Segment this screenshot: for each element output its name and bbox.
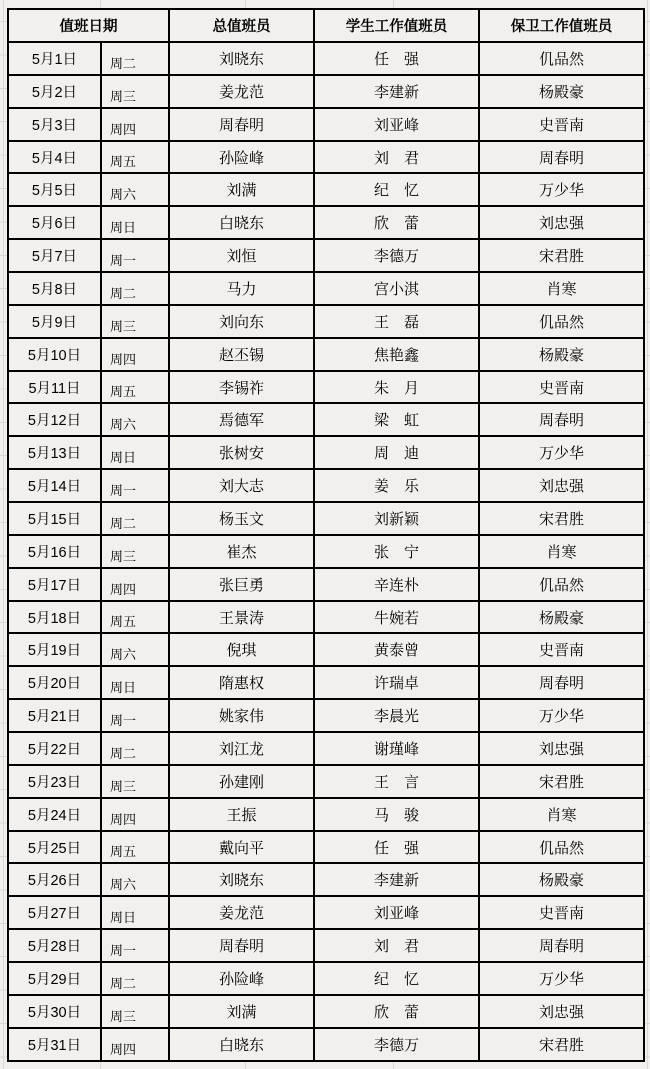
student-duty-cell[interactable]: 李建新	[315, 76, 480, 109]
general-duty-cell[interactable]: 白晓东	[170, 207, 315, 240]
security-duty-cell[interactable]: 刘忠强	[480, 996, 645, 1029]
date-cell[interactable]: 5月5日	[9, 174, 102, 207]
weekday-cell[interactable]: 周五	[102, 372, 170, 405]
date-cell[interactable]: 5月7日	[9, 240, 102, 273]
general-duty-cell[interactable]: 周春明	[170, 109, 315, 142]
weekday-cell[interactable]: 周二	[102, 733, 170, 766]
student-duty-cell[interactable]: 许瑞卓	[315, 667, 480, 700]
weekday-cell[interactable]: 周三	[102, 536, 170, 569]
date-cell[interactable]: 5月27日	[9, 897, 102, 930]
weekday-cell[interactable]: 周一	[102, 930, 170, 963]
student-duty-cell[interactable]: 张 宁	[315, 536, 480, 569]
general-duty-cell[interactable]: 刘向东	[170, 306, 315, 339]
general-duty-cell[interactable]: 姜龙范	[170, 897, 315, 930]
table-row: 5月6日周日白晓东欣 蕾刘忠强	[9, 207, 645, 240]
student-duty-cell[interactable]: 姜 乐	[315, 470, 480, 503]
security-duty-cell[interactable]: 肖寒	[480, 799, 645, 832]
student-duty-cell[interactable]: 谢瑾峰	[315, 733, 480, 766]
table-row: 5月4日周五孙险峰刘 君周春明	[9, 142, 645, 175]
table-row: 5月26日周六刘晓东李建新杨殿豪	[9, 864, 645, 897]
security-duty-cell[interactable]: 周春明	[480, 667, 645, 700]
security-duty-cell[interactable]: 仉品然	[480, 43, 645, 76]
security-duty-cell[interactable]: 史晋南	[480, 109, 645, 142]
student-duty-cell[interactable]: 王 磊	[315, 306, 480, 339]
security-duty-cell[interactable]: 肖寒	[480, 536, 645, 569]
general-duty-cell[interactable]: 刘大志	[170, 470, 315, 503]
weekday-cell[interactable]: 周二	[102, 273, 170, 306]
general-duty-cell[interactable]: 李锡祚	[170, 372, 315, 405]
student-duty-cell[interactable]: 李德万	[315, 1029, 480, 1062]
student-duty-cell[interactable]: 朱 月	[315, 372, 480, 405]
table-row: 5月25日周五戴向平任 强仉品然	[9, 832, 645, 865]
security-duty-cell[interactable]: 宋君胜	[480, 1029, 645, 1062]
date-cell[interactable]: 5月9日	[9, 306, 102, 339]
security-duty-cell[interactable]: 杨殿豪	[480, 602, 645, 635]
weekday-cell[interactable]: 周日	[102, 667, 170, 700]
security-duty-cell[interactable]: 肖寒	[480, 273, 645, 306]
weekday-cell[interactable]: 周六	[102, 864, 170, 897]
table-row: 5月27日周日姜龙范刘亚峰史晋南	[9, 897, 645, 930]
table-row: 5月14日周一刘大志姜 乐刘忠强	[9, 470, 645, 503]
general-duty-cell[interactable]: 姚家伟	[170, 700, 315, 733]
weekday-cell[interactable]: 周六	[102, 404, 170, 437]
security-duty-cell[interactable]: 刘忠强	[480, 207, 645, 240]
security-duty-cell[interactable]: 杨殿豪	[480, 864, 645, 897]
student-duty-cell[interactable]: 王 言	[315, 766, 480, 799]
date-cell[interactable]: 5月19日	[9, 634, 102, 667]
table-row: 5月24日周四王振马 骏肖寒	[9, 799, 645, 832]
general-duty-cell[interactable]: 戴向平	[170, 832, 315, 865]
security-duty-cell[interactable]: 宋君胜	[480, 240, 645, 273]
student-duty-cell[interactable]: 宫小淇	[315, 273, 480, 306]
date-cell[interactable]: 5月21日	[9, 700, 102, 733]
table-row: 5月2日周三姜龙范李建新杨殿豪	[9, 76, 645, 109]
weekday-cell[interactable]: 周四	[102, 1029, 170, 1062]
general-duty-cell[interactable]: 崔杰	[170, 536, 315, 569]
table-row: 5月15日周二杨玉文刘新颖宋君胜	[9, 503, 645, 536]
table-row: 5月28日周一周春明刘 君周春明	[9, 930, 645, 963]
weekday-cell[interactable]: 周四	[102, 109, 170, 142]
weekday-cell[interactable]: 周一	[102, 240, 170, 273]
general-duty-cell[interactable]: 杨玉文	[170, 503, 315, 536]
date-cell[interactable]: 5月1日	[9, 43, 102, 76]
security-duty-cell[interactable]: 杨殿豪	[480, 76, 645, 109]
general-duty-cell[interactable]: 焉德军	[170, 404, 315, 437]
date-cell[interactable]: 5月22日	[9, 733, 102, 766]
duty-roster-table: 值班日期 总值班员 学生工作值班员 保卫工作值班员 5月1日周二刘晓东任 强仉品…	[7, 8, 645, 1062]
table-row: 5月18日周五王景涛牛婉若杨殿豪	[9, 602, 645, 635]
student-duty-cell[interactable]: 梁 虹	[315, 404, 480, 437]
table-row: 5月13日周日张树安周 迪万少华	[9, 437, 645, 470]
table-row: 5月9日周三刘向东王 磊仉品然	[9, 306, 645, 339]
date-cell[interactable]: 5月30日	[9, 996, 102, 1029]
general-duty-cell[interactable]: 周春明	[170, 930, 315, 963]
security-duty-cell[interactable]: 史晋南	[480, 372, 645, 405]
date-cell[interactable]: 5月20日	[9, 667, 102, 700]
general-duty-cell[interactable]: 孙险峰	[170, 963, 315, 996]
student-duty-cell[interactable]: 刘 君	[315, 142, 480, 175]
security-duty-cell[interactable]: 仉品然	[480, 832, 645, 865]
student-duty-cell[interactable]: 刘新颖	[315, 503, 480, 536]
security-duty-cell[interactable]: 周春明	[480, 404, 645, 437]
date-cell[interactable]: 5月4日	[9, 142, 102, 175]
student-duty-cell[interactable]: 欣 蕾	[315, 207, 480, 240]
table-row: 5月16日周三崔杰张 宁肖寒	[9, 536, 645, 569]
date-cell[interactable]: 5月16日	[9, 536, 102, 569]
date-cell[interactable]: 5月13日	[9, 437, 102, 470]
table-row: 5月1日周二刘晓东任 强仉品然	[9, 43, 645, 76]
date-cell[interactable]: 5月17日	[9, 569, 102, 602]
table-row: 5月19日周六倪琪黄泰曾史晋南	[9, 634, 645, 667]
general-duty-cell[interactable]: 王景涛	[170, 602, 315, 635]
weekday-cell[interactable]: 周四	[102, 569, 170, 602]
date-cell[interactable]: 5月26日	[9, 864, 102, 897]
security-duty-cell[interactable]: 周春明	[480, 142, 645, 175]
student-duty-cell[interactable]: 牛婉若	[315, 602, 480, 635]
weekday-cell[interactable]: 周六	[102, 174, 170, 207]
table-row: 5月11日周五李锡祚朱 月史晋南	[9, 372, 645, 405]
header-security-duty[interactable]: 保卫工作值班员	[480, 10, 645, 43]
student-duty-cell[interactable]: 周 迪	[315, 437, 480, 470]
student-duty-cell[interactable]: 李晨光	[315, 700, 480, 733]
weekday-cell[interactable]: 周五	[102, 602, 170, 635]
date-cell[interactable]: 5月10日	[9, 339, 102, 372]
weekday-cell[interactable]: 周三	[102, 766, 170, 799]
weekday-cell[interactable]: 周日	[102, 207, 170, 240]
student-duty-cell[interactable]: 辛连朴	[315, 569, 480, 602]
student-duty-cell[interactable]: 纪 忆	[315, 963, 480, 996]
table-row: 5月7日周一刘恒李德万宋君胜	[9, 240, 645, 273]
table-row: 5月21日周一姚家伟李晨光万少华	[9, 700, 645, 733]
date-cell[interactable]: 5月18日	[9, 602, 102, 635]
weekday-cell[interactable]: 周日	[102, 897, 170, 930]
weekday-cell[interactable]: 周三	[102, 76, 170, 109]
general-duty-cell[interactable]: 刘江龙	[170, 733, 315, 766]
date-cell[interactable]: 5月14日	[9, 470, 102, 503]
security-duty-cell[interactable]: 宋君胜	[480, 766, 645, 799]
table-row: 5月8日周二马力宫小淇肖寒	[9, 273, 645, 306]
table-row: 5月22日周二刘江龙谢瑾峰刘忠强	[9, 733, 645, 766]
general-duty-cell[interactable]: 张巨勇	[170, 569, 315, 602]
general-duty-cell[interactable]: 倪琪	[170, 634, 315, 667]
security-duty-cell[interactable]: 刘忠强	[480, 733, 645, 766]
weekday-cell[interactable]: 周三	[102, 996, 170, 1029]
security-duty-cell[interactable]: 周春明	[480, 930, 645, 963]
security-duty-cell[interactable]: 史晋南	[480, 897, 645, 930]
general-duty-cell[interactable]: 刘满	[170, 174, 315, 207]
weekday-cell[interactable]: 周五	[102, 832, 170, 865]
table-row: 5月20日周日隋惠权许瑞卓周春明	[9, 667, 645, 700]
table-row: 5月10日周四赵丕锡焦艳鑫杨殿豪	[9, 339, 645, 372]
table-row: 5月30日周三刘满欣 蕾刘忠强	[9, 996, 645, 1029]
spreadsheet-page: 值班日期 总值班员 学生工作值班员 保卫工作值班员 5月1日周二刘晓东任 强仉品…	[0, 0, 650, 1069]
security-duty-cell[interactable]: 万少华	[480, 174, 645, 207]
student-duty-cell[interactable]: 刘亚峰	[315, 897, 480, 930]
general-duty-cell[interactable]: 刘晓东	[170, 864, 315, 897]
weekday-cell[interactable]: 周二	[102, 963, 170, 996]
date-cell[interactable]: 5月11日	[9, 372, 102, 405]
date-cell[interactable]: 5月31日	[9, 1029, 102, 1062]
security-duty-cell[interactable]: 万少华	[480, 437, 645, 470]
general-duty-cell[interactable]: 白晓东	[170, 1029, 315, 1062]
date-cell[interactable]: 5月12日	[9, 404, 102, 437]
date-cell[interactable]: 5月28日	[9, 930, 102, 963]
date-cell[interactable]: 5月6日	[9, 207, 102, 240]
general-duty-cell[interactable]: 隋惠权	[170, 667, 315, 700]
student-duty-cell[interactable]: 马 骏	[315, 799, 480, 832]
header-duty-date[interactable]: 值班日期	[9, 10, 170, 43]
general-duty-cell[interactable]: 马力	[170, 273, 315, 306]
general-duty-cell[interactable]: 姜龙范	[170, 76, 315, 109]
header-row: 值班日期 总值班员 学生工作值班员 保卫工作值班员	[9, 10, 645, 43]
weekday-cell[interactable]: 周一	[102, 700, 170, 733]
general-duty-cell[interactable]: 赵丕锡	[170, 339, 315, 372]
student-duty-cell[interactable]: 刘亚峰	[315, 109, 480, 142]
security-duty-cell[interactable]: 仉品然	[480, 569, 645, 602]
security-duty-cell[interactable]: 宋君胜	[480, 503, 645, 536]
table-row: 5月5日周六刘满纪 忆万少华	[9, 174, 645, 207]
general-duty-cell[interactable]: 王振	[170, 799, 315, 832]
security-duty-cell[interactable]: 万少华	[480, 700, 645, 733]
weekday-cell[interactable]: 周一	[102, 470, 170, 503]
general-duty-cell[interactable]: 刘晓东	[170, 43, 315, 76]
excel-gridline	[3, 0, 4, 1069]
weekday-cell[interactable]: 周日	[102, 437, 170, 470]
table-row: 5月17日周四张巨勇辛连朴仉品然	[9, 569, 645, 602]
weekday-cell[interactable]: 周四	[102, 799, 170, 832]
table-row: 5月23日周三孙建刚王 言宋君胜	[9, 766, 645, 799]
date-cell[interactable]: 5月2日	[9, 76, 102, 109]
weekday-cell[interactable]: 周四	[102, 339, 170, 372]
date-cell[interactable]: 5月29日	[9, 963, 102, 996]
table-row: 5月3日周四周春明刘亚峰史晋南	[9, 109, 645, 142]
date-cell[interactable]: 5月3日	[9, 109, 102, 142]
student-duty-cell[interactable]: 李德万	[315, 240, 480, 273]
general-duty-cell[interactable]: 孙险峰	[170, 142, 315, 175]
security-duty-cell[interactable]: 刘忠强	[480, 470, 645, 503]
student-duty-cell[interactable]: 欣 蕾	[315, 996, 480, 1029]
date-cell[interactable]: 5月8日	[9, 273, 102, 306]
table-body: 5月1日周二刘晓东任 强仉品然5月2日周三姜龙范李建新杨殿豪5月3日周四周春明刘…	[9, 43, 645, 1062]
student-duty-cell[interactable]: 李建新	[315, 864, 480, 897]
student-duty-cell[interactable]: 焦艳鑫	[315, 339, 480, 372]
general-duty-cell[interactable]: 张树安	[170, 437, 315, 470]
date-cell[interactable]: 5月23日	[9, 766, 102, 799]
date-cell[interactable]: 5月25日	[9, 832, 102, 865]
header-general-duty[interactable]: 总值班员	[170, 10, 315, 43]
general-duty-cell[interactable]: 刘满	[170, 996, 315, 1029]
weekday-cell[interactable]: 周六	[102, 634, 170, 667]
student-duty-cell[interactable]: 刘 君	[315, 930, 480, 963]
general-duty-cell[interactable]: 孙建刚	[170, 766, 315, 799]
table-row: 5月12日周六焉德军梁 虹周春明	[9, 404, 645, 437]
date-cell[interactable]: 5月24日	[9, 799, 102, 832]
table-row: 5月29日周二孙险峰纪 忆万少华	[9, 963, 645, 996]
header-student-duty[interactable]: 学生工作值班员	[315, 10, 480, 43]
student-duty-cell[interactable]: 任 强	[315, 832, 480, 865]
weekday-cell[interactable]: 周五	[102, 142, 170, 175]
excel-gridline	[647, 0, 648, 1069]
student-duty-cell[interactable]: 黄泰曾	[315, 634, 480, 667]
general-duty-cell[interactable]: 刘恒	[170, 240, 315, 273]
weekday-cell[interactable]: 周二	[102, 43, 170, 76]
security-duty-cell[interactable]: 史晋南	[480, 634, 645, 667]
security-duty-cell[interactable]: 仉品然	[480, 306, 645, 339]
table-row: 5月31日周四白晓东李德万宋君胜	[9, 1029, 645, 1062]
weekday-cell[interactable]: 周二	[102, 503, 170, 536]
security-duty-cell[interactable]: 杨殿豪	[480, 339, 645, 372]
student-duty-cell[interactable]: 纪 忆	[315, 174, 480, 207]
student-duty-cell[interactable]: 任 强	[315, 43, 480, 76]
weekday-cell[interactable]: 周三	[102, 306, 170, 339]
date-cell[interactable]: 5月15日	[9, 503, 102, 536]
security-duty-cell[interactable]: 万少华	[480, 963, 645, 996]
